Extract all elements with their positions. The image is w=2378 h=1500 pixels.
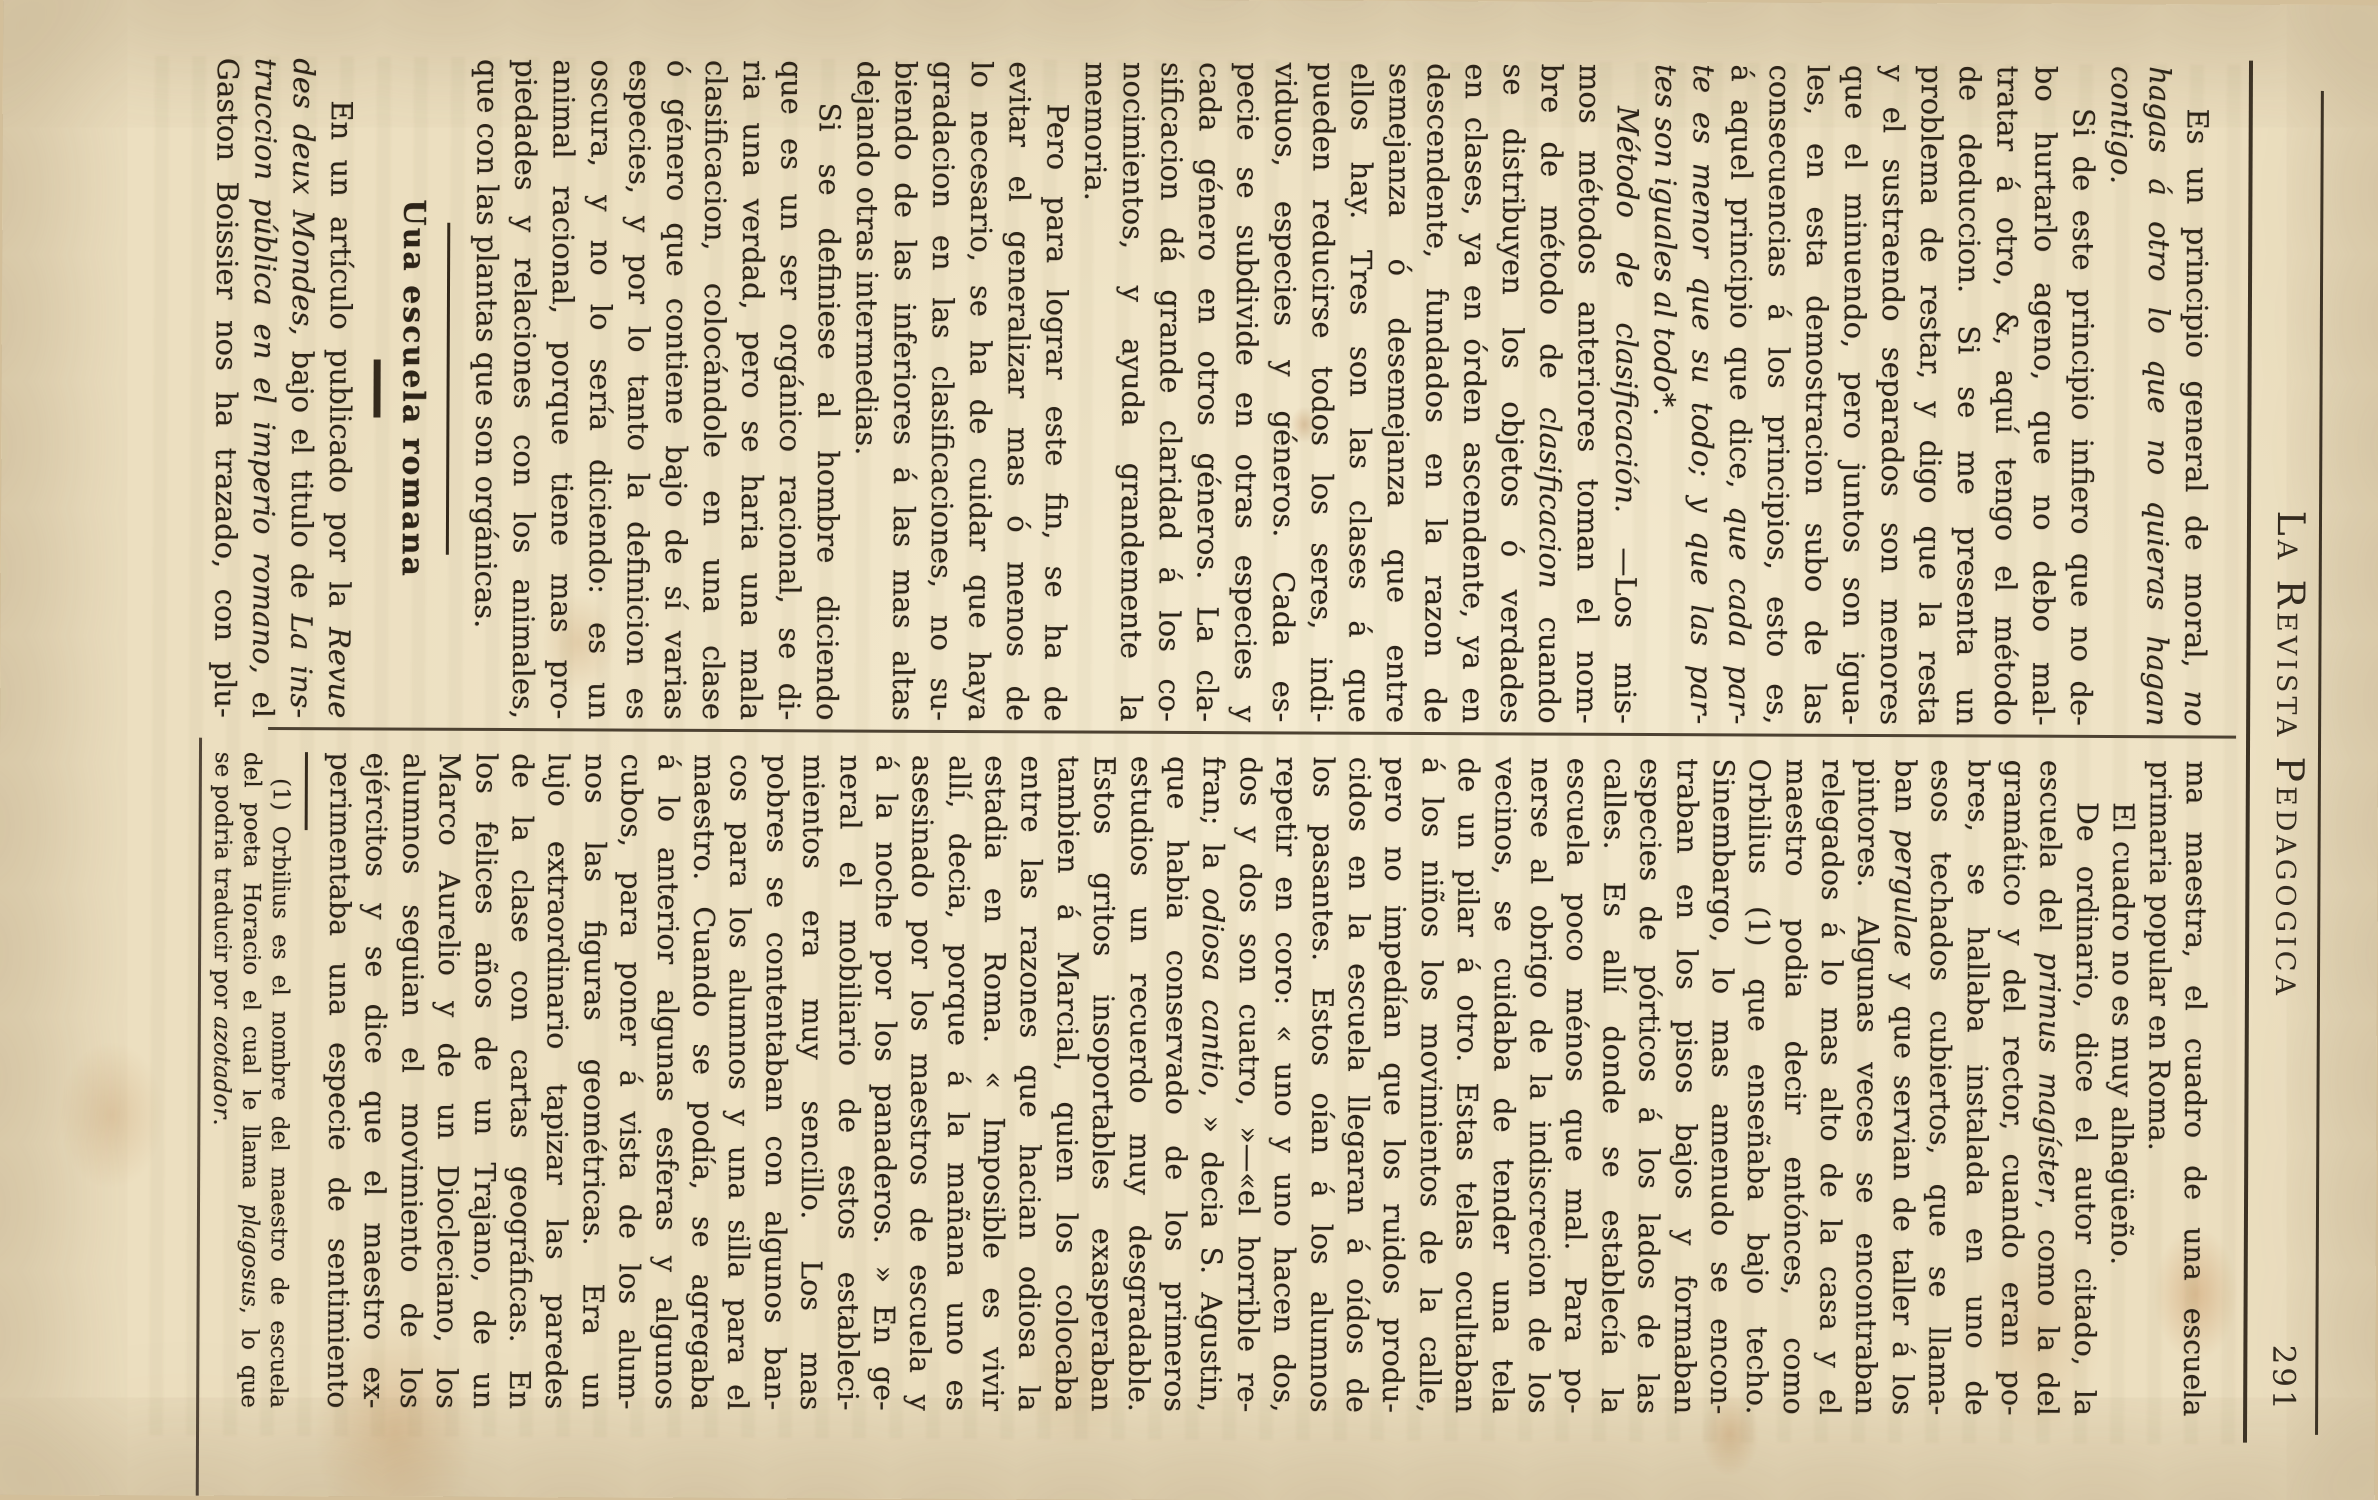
paragraph: Si de este principio infiero que no de-b… [1644,64,2103,726]
text-line: escuela poco ménos que mal. Para po- [1556,758,1595,1414]
roman-text: escuela poco ménos que mal. Para po- [1558,758,1594,1414]
text-line: estadia en Roma. « Imposible es vivir [974,755,1013,1411]
article-heading: Uua escuela romana [389,59,436,719]
italic-text: que cada par- [1722,506,1757,724]
text-line: especies, y por lo tanto la definicion e… [618,60,659,720]
text-line: sificacion dá grande claridad á los co- [1150,62,1191,722]
roman-text: que con las plantas que son orgánicas. [469,59,505,629]
text-line: les, en esta demostracion subo de las [1796,65,1837,725]
italic-text: Revue [322,627,356,718]
roman-text: estudios un recuerdo muy desgradable. [1122,756,1158,1412]
text-line: bo hurtarlo ageno, que no debo mal- [2024,66,2065,726]
roman-text: ó género que contiene bajo de sí varias [658,60,695,720]
text-line: ria una verdad, pero se haria una mala [732,60,773,720]
roman-text: lo necesario, se ha de cuidar que haya [962,61,999,721]
roman-text: calles. Es allí donde se establecía la [1595,758,1631,1414]
roman-text: se distribuyen los objetos ó verdades [1494,63,1531,723]
footnote-rule [304,752,307,830]
text-line: se podria traducir por azotador. [205,752,237,1408]
text-line: cidos en la escuela llegaran á oídos de [1338,757,1377,1413]
roman-text: biendo de las inferiores á las mas altas [886,61,923,721]
text-line: Método de clasificación. —Los mis- [1606,64,1647,724]
italic-text: hagas á otro lo que no quieras hagan [2140,66,2177,726]
text-line: cos para los alumnos y una silla para el [719,754,758,1410]
roman-text: Orbilius (1) que enseñaba bajo techo. [1740,758,1776,1414]
text-line: que habia conservado de los primeros [1156,756,1195,1412]
text-line: descendente, fundados en la razon de [1416,63,1457,723]
roman-text: pobres se contentaban con algunos ban- [758,754,794,1410]
roman-text: De ordinario, dice el autor citado, la [2068,802,2104,1416]
text-line: nocimientos, y ayuda grandemente la [1112,62,1153,722]
italic-text: no [2178,690,2212,726]
text-line: los felices años de un Trajano, de un [464,753,503,1409]
roman-text: tratar á otro, &, aquí tengo el método [1988,65,2025,725]
roman-text: , como la del [2032,1200,2066,1416]
text-line: piedades y relaciones con los animales, [504,59,545,719]
roman-text: piedades y relaciones con los animales, [506,59,543,719]
roman-text: dejando otras intermedias. [849,61,885,456]
italic-text: te es menor que su todo; y que las par- [1684,64,1721,724]
text-line: primaria popular en Roma. [2138,760,2177,1416]
text-line: cubos, para poner á vista de los alum- [610,753,649,1409]
roman-text: (1) Orbilius es el nombre del maestro de… [265,778,294,1408]
heading-dash [373,359,380,417]
roman-text: fran; la [1197,756,1231,888]
text-line: semejanza ó desemejanza que entre [1378,63,1419,723]
roman-text: pintores. Algunas veces se encontraban [1850,759,1886,1415]
text-line: Marco Aurelio y de un Diocleciano, los [428,753,467,1409]
roman-text: Es un principio general de moral, [2178,108,2215,690]
roman-text: sificacion dá grande claridad á los co- [1152,62,1189,722]
text-line: truccion pública en el imperio romano, e… [244,58,285,718]
text-line: nos las figuras geométricas. Era un [574,753,613,1409]
roman-text: evitar el generalizar mas ó menos de [1000,61,1037,721]
text-line: cada género en otros géneros. La cla- [1188,62,1229,722]
italic-text: La ins- [284,614,318,719]
text-line: ma maestra, el cuadro de una escuela [2175,760,2214,1416]
text-line: lujo extraordinario tapizar las paredes [537,753,576,1409]
text-line: El cuadro no es muy alhagüeño. [2102,760,2141,1416]
text-line: evitar el generalizar mas ó menos de [998,61,1039,721]
text-line: en clases, ya en órden ascendente, ya en [1454,63,1495,723]
roman-text: especies, y por lo tanto la definicion e… [620,60,657,720]
roman-text: Si se definiese al hombre diciendo [810,102,847,720]
text-line: (1) Orbilius es el nombre del maestro de… [263,752,295,1408]
text-line: los pasantes. Estos oían á los alumnos [1301,757,1340,1413]
roman-text: y el sustraendo separados son menores [1874,65,1911,725]
text-line: oscura, y no lo sería diciendo: es un [580,59,621,719]
journal-title: La Revista Pedagogica [2265,65,2315,1445]
roman-text: Pero para lograr este fin, se ha de [1038,103,1075,721]
scanned-page: La Revista Pedagogica 291 Es un principi… [0,0,2378,1500]
roman-text: clasificacion, colocándole en una clase [696,60,733,720]
roman-text: cuando [1532,588,1567,723]
text-line: te es menor que su todo; y que las par- [1682,64,1723,724]
text-line: tratar á otro, &, aquí tengo el método [1986,65,2027,725]
text-line: nerse al obrigo de la indiscrecion de lo… [1520,757,1559,1413]
roman-text: nocimientos, y ayuda grandemente la [1114,62,1151,722]
roman-text: gradacion en las clasificaciones, no su- [924,61,961,721]
paragraph: De ordinario, dice el autor citado, laes… [319,752,2105,1416]
roman-text: á aquel principio que dice, [1723,64,1759,506]
roman-text: consecuencias á los principios, esto es, [1760,64,1797,724]
italic-text: primus magíster [2032,952,2066,1201]
roman-text: cada género en otros géneros. La cla- [1190,62,1227,722]
head-rule-bottom [2243,61,2253,1443]
roman-text: , lo que [236,1307,262,1408]
paragraph: Si se definiese al hombre diciendoque es… [466,59,849,721]
roman-text: les, en esta demostracion subo de las [1798,65,1835,725]
italic-text: pergulae [1888,829,1922,957]
text-line: maestro. Cuando se podía, se agregaba [683,754,722,1410]
text-line: pobres se contentaban con algunos ban- [755,754,794,1410]
paragraph: El cuadro no es muy alhagüeño. [2102,760,2141,1416]
roman-text: En un artículo publicado por la [323,100,359,627]
text-line: animal racional, porque tiene mas pro- [542,59,583,719]
roman-text: los felices años de un Trajano, de un [467,753,503,1409]
text-line: Gaston Boissier nos ha trazado, con plu- [206,58,247,718]
text-line: que con las plantas que son orgánicas. [466,59,507,719]
text-line: pueden reducirse todos los seres, indi- [1302,62,1343,722]
text-line: Si de este principio infiero que no de- [2062,66,2103,726]
head-rule-top [2315,91,2324,1435]
text-line: lo necesario, se ha de cuidar que haya [960,61,1001,721]
roman-text: los pasantes. Estos oían á los alumnos [1304,757,1340,1413]
roman-text: semejanza ó desemejanza que entre [1380,63,1417,723]
roman-text: alumnos seguian el movimiento de los [394,753,430,1409]
text-line: entre las razones que hacian odiosa la [1010,755,1049,1411]
italic-text: des deux Mondes, [286,58,321,336]
text-line: y el sustraendo separados son menores [1872,65,1913,725]
roman-text: traban en los pisos bajos y formaban [1668,758,1704,1414]
roman-text: cubos, para poner á vista de los alum- [612,753,648,1409]
text-line: que es un ser orgánico racional, se di- [770,60,811,720]
text-line: des deux Mondes, bajo el titulo de La in… [282,58,323,718]
roman-text: del poeta Horacio el cual le llama [237,752,265,1204]
roman-text: descendente, fundados en la razon de [1418,63,1455,723]
text-line: biendo de las inferiores á las mas altas [884,61,925,721]
text-line: pero no impedían que los ruidos produ- [1374,757,1413,1413]
roman-text: estadia en Roma. « Imposible es vivir [976,755,1012,1411]
roman-text: nos las figuras geométricas. Era un [576,753,612,1409]
roman-text: ban [1889,759,1922,829]
roman-text: que habia conservado de los primeros [1158,756,1194,1412]
text-line: clasificacion, colocándole en una clase [694,60,735,720]
roman-text: pueden reducirse todos los seres, indi- [1304,63,1341,723]
roman-text: que el minuendo, pero juntos son igua- [1836,65,1873,725]
text-line: de la clase con cartas geográficas. En [501,753,540,1409]
text-line: de un pilar á otro. Estas telas ocultaba… [1447,757,1486,1413]
text-line: de deduccion. Si se me presenta un [1948,65,1989,725]
text-line: viduos, especies y géneros. Cada es- [1264,62,1305,722]
roman-text: neral el mobiliario de estos estableci- [831,754,867,1410]
text-line: memoria. [1074,62,1115,722]
roman-text: escuela del [2034,760,2068,952]
text-line: hagas á otro lo que no quieras hagan [2138,66,2179,726]
roman-text: ejércitos y se dice que el maestro ex- [358,752,394,1408]
column-divider [268,727,2236,738]
roman-text: bajo el titulo de [285,335,320,613]
text-line: alumnos seguian el movimiento de los [392,753,431,1409]
roman-text: vecinos, se cuidaba de tender una tela [1486,757,1522,1413]
roman-text: nerse al obrigo de la indiscrecion de lo… [1522,757,1558,1413]
roman-text: ria una verdad, pero se haria una mala [734,60,771,720]
text-line: á aquel principio que dice, que cada par… [1720,64,1761,724]
roman-text: *. [1647,392,1681,416]
roman-text: Gaston Boissier nos ha trazado, con plu- [208,58,245,718]
roman-text: —Los mis- [1608,513,1643,724]
italic-text: truccion pública en el imperio romano, [246,58,283,674]
roman-text: de un pilar á otro. Estas telas ocultaba… [1449,757,1485,1413]
roman-text: especies de pórticos á los lados de las [1631,758,1667,1414]
text-line: Sinembargo, lo mas amenudo se encon- [1702,758,1741,1414]
roman-text: primaria popular en Roma. [2142,760,2177,1151]
roman-text: El cuadro no es muy alhagüeño. [2105,802,2140,1265]
text-line: fran; la odiosa cantio, » decia S. Agust… [1192,756,1231,1412]
text-line: contigo. [2100,66,2141,726]
text-line: ejércitos y se dice que el maestro ex- [355,752,394,1408]
roman-text: ellos hay. Tres son las clases á que [1342,63,1379,723]
roman-text: pero no impedían que los ruidos produ- [1377,757,1413,1413]
text-line: pintores. Algunas veces se encontraban [1847,759,1886,1415]
text-line: ban pergulae y que servian de taller á l… [1884,759,1923,1415]
roman-text: perimentaba una especie de sentimiento [321,752,357,1408]
roman-text: asesinado por los maestros de escuela y [903,755,939,1411]
text-line: bre de método de clasificacion cuando [1530,63,1571,723]
text-line: repetir en coro: « uno y uno hacen dos, [1265,756,1304,1412]
roman-text: entre las razones que hacian odiosa la [1013,755,1049,1411]
paragraph: Pero para lograr este fin, se ha deevita… [846,61,1077,722]
roman-text: , » decia S. Agustin, [1195,1088,1229,1412]
text-line: escuela del primus magíster, como la del [2029,760,2068,1416]
italic-text: odiosa cantio [1196,888,1230,1089]
text-line: mos métodos anteriores toman el nom- [1568,64,1609,724]
text-line: Es un principio general de moral, no [2176,66,2217,726]
roman-text: memoria. [1078,62,1113,201]
text-line: estudios un recuerdo muy desgradable. [1119,756,1158,1412]
roman-text: cos para los alumnos y una silla para el [721,754,757,1410]
text-line: Si se definiese al hombre diciendo [808,60,849,720]
roman-text: esos techados cubiertos, que se llama- [1922,759,1958,1415]
text-line: Orbilius (1) que enseñaba bajo techo. [1738,758,1777,1414]
roman-text: tambien á Marcial, quien los colocaba [1049,755,1085,1411]
text-line: perimentaba una especie de sentimiento [319,752,358,1408]
roman-text: cidos en la escuela llegaran á oídos de [1340,757,1376,1413]
text-line: allí, decia, porque á la mañana uno es [937,755,976,1411]
roman-text: ma maestra, el cuadro de una escuela [2177,760,2213,1416]
text-line: pecie se subdivide en otras especies y [1226,62,1267,722]
text-line: maestro podia decir entónces, como [1774,759,1813,1415]
roman-text: en clases, ya en órden ascendente, ya en [1456,63,1493,723]
roman-text: . [208,1118,234,1125]
roman-text: pecie se subdivide en otras especies y [1228,62,1265,722]
roman-text: gramático y del rector, cuando eran po- [1995,760,2031,1416]
roman-text: maestro. Cuando se podía, se agregaba [685,754,721,1410]
text-line: esos techados cubiertos, que se llama- [1920,759,1959,1415]
roman-text: oscura, y no lo sería diciendo: es un [582,59,619,719]
text-line: dos y dos son cuatro, »—«el horrible re- [1229,756,1268,1412]
text-line: problema de restar, y digo que la resta [1910,65,1951,725]
text-line: gramático y del rector, cuando eran po- [1993,760,2032,1416]
text-line: especies de pórticos á los lados de las [1629,758,1668,1414]
text-line: bres, se hallaba instalada en uno de [1956,759,1995,1415]
text-line: Pero para lograr este fin, se ha de [1036,61,1077,721]
roman-text: allí, decia, porque á la mañana uno es [940,755,976,1411]
roman-text: maestro podia decir entónces, como [1777,759,1813,1415]
text-line: calles. Es allí donde se establecía la [1592,758,1631,1414]
roman-text: lujo extraordinario tapizar las paredes [540,753,576,1409]
text-line: que el minuendo, pero juntos son igua- [1834,65,1875,725]
column-left: Es un principio general de moral, nohaga… [206,58,2217,727]
italic-text: plagosus [236,1204,262,1307]
text-line: tambien á Marcial, quien los colocaba [1047,755,1086,1411]
text-line: relegados á lo mas alto de la casa y el [1811,759,1850,1415]
text-line: vecinos, se cuidaba de tender una tela [1483,757,1522,1413]
roman-text: se podria traducir por [209,752,236,1016]
roman-text: problema de restar, y digo que la resta [1912,65,1949,725]
text-line: se distribuyen los objetos ó verdades [1492,63,1533,723]
italic-text: tes son iguales al todo [1648,64,1683,393]
text-line: á los niños los movimientos de la calle, [1411,757,1450,1413]
roman-text: que es un ser orgánico racional, se di- [772,60,809,720]
roman-text: á la noche por los panaderos. » En ge- [867,755,903,1411]
text-line: neral el mobiliario de estos estableci- [828,754,867,1410]
roman-text: mientos era muy sencillo. Los mas [794,754,830,1410]
roman-text: animal racional, porque tiene mas pro- [544,59,581,719]
roman-text: viduos, especies y géneros. Cada es- [1266,62,1303,722]
text-line: En un artículo publicado por la Revue [320,58,361,718]
roman-text: Si de este principio infiero que no de- [2064,108,2101,726]
text-line: asesinado por los maestros de escuela y [901,755,940,1411]
text-line: gradacion en las clasificaciones, no su- [922,61,963,721]
paragraph: En un artículo publicado por la Revuedes… [206,58,361,719]
paragraph: Método de clasificación. —Los mis-mos mé… [1074,62,1647,724]
text-line: consecuencias á los principios, esto es, [1758,64,1799,724]
text-line: Estos gritos insoportables exasperaban [1083,756,1122,1412]
roman-text: relegados á lo mas alto de la casa y el [1813,759,1849,1415]
roman-text: á lo anterior algunas esferas y algunos [649,754,685,1410]
text-line: traban en los pisos bajos y formaban [1665,758,1704,1414]
roman-text: de la clase con cartas geográficas. En [503,753,539,1409]
text-line: dejando otras intermedias. [846,61,887,721]
text-line: ó género que contiene bajo de sí varias [656,60,697,720]
roman-text: dos y dos son cuatro, »—«el horrible re- [1231,756,1267,1412]
roman-text: Estos gritos insoportables exasperaban [1085,756,1121,1412]
text-line: De ordinario, dice el autor citado, la [2066,760,2105,1416]
text-line: del poeta Horacio el cual le llama plago… [234,752,266,1408]
running-head: La Revista Pedagogica 291 [2253,65,2315,1445]
text-line: ellos hay. Tres son las clases á que [1340,63,1381,723]
roman-text: mos métodos anteriores toman el nom- [1570,64,1607,724]
text-line: á la noche por los panaderos. » En ge- [865,755,904,1411]
italic-text: azotador [208,1016,234,1118]
text-line: mientos era muy sencillo. Los mas [792,754,831,1410]
scan-canvas: La Revista Pedagogica 291 Es un principi… [0,0,2378,1500]
article-separator-rule [446,223,450,555]
roman-text: Marco Aurelio y de un Diocleciano, los [430,753,466,1409]
roman-text: Sinembargo, lo mas amenudo se encon- [1704,758,1740,1414]
italic-text: clasificacion [1533,407,1568,589]
roman-text: á los niños los movimientos de la calle, [1413,757,1449,1413]
footnote: (1) Orbilius es el nombre del maestro de… [205,752,308,1408]
paragraph: Es un principio general de moral, nohaga… [2100,66,2217,726]
roman-text: bres, se hallaba instalada en uno de [1959,759,1995,1415]
roman-text: bre de método de [1534,64,1569,408]
roman-text: bo hurtarlo ageno, que no debo mal- [2026,66,2063,726]
italic-text: Método de clasificación. [1609,106,1645,513]
roman-text: de deduccion. Si se me presenta un [1950,65,1987,725]
roman-text: repetir en coro: « uno y uno hacen dos, [1267,756,1303,1412]
page-bottom-rule [196,738,202,1496]
italic-text: contigo. [2104,66,2139,184]
text-line: tes son iguales al todo*. [1644,64,1685,724]
column-right: ma maestra, el cuadro de una escuelaprim… [205,752,2214,1417]
text-line: á lo anterior algunas esferas y algunos [646,754,685,1410]
paragraph: ma maestra, el cuadro de una escuelaprim… [2138,760,2214,1416]
roman-text: y que servian de taller á los [1886,957,1921,1415]
page-number: 291 [2265,1345,2301,1413]
